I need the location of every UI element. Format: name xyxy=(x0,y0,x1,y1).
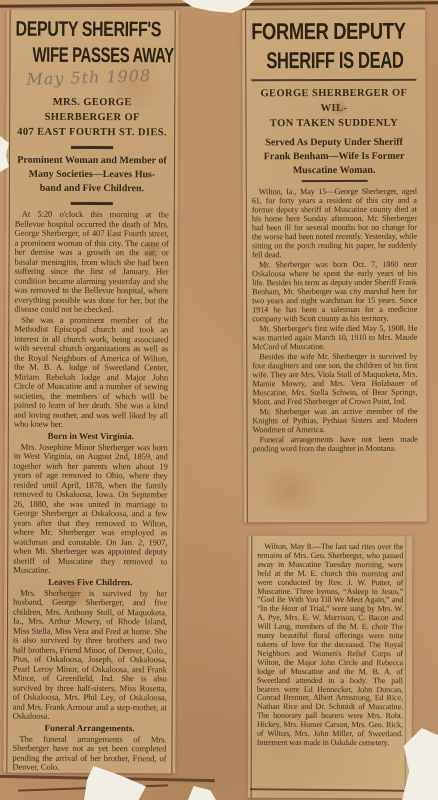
right-deck-line2: Frank Benham—Wife Is Former xyxy=(252,150,417,165)
right-clipping: FORMER DEPUTY SHERIFF IS DEAD GEORGE SHE… xyxy=(242,8,427,523)
funeral-clipping: Wilton, May 8.—The last sad rites over t… xyxy=(248,536,413,798)
section-subhead-funeral: Funeral Arrangements. xyxy=(13,722,167,734)
body-paragraph: Funeral arrangements have not been made … xyxy=(253,435,418,454)
right-headline-line2: SHERIFF IS DEAD xyxy=(266,46,374,75)
left-subhead-line1: MRS. GEORGE SHERBERGER OF xyxy=(15,95,169,126)
left-subhead-line2: 407 EAST FOURTH ST. DIES. xyxy=(15,125,169,141)
section-subhead-born: Born in West Virginia. xyxy=(14,430,168,442)
body-paragraph: She was a prominent member of the Method… xyxy=(14,315,168,430)
body-paragraph: At 5:20 o'clock this morning at the Bell… xyxy=(14,210,168,315)
handwritten-date: May 5th 1908 xyxy=(26,66,151,89)
scrapbook-page: DEPUTY SHERIFF'S WIFE PASSES AWAY May 5t… xyxy=(0,0,438,800)
right-subhead-line2: TON TAKEN SUDDENLY xyxy=(251,116,416,132)
left-headline-line2: WIFE PASSES AWAY xyxy=(32,43,129,69)
left-clipping: DEPUTY SHERIFF'S WIFE PASSES AWAY May 5t… xyxy=(3,10,178,774)
left-headline-line1: DEPUTY SHERIFF'S xyxy=(16,17,133,44)
body-paragraph: Mr. Sherberger's first wife died May 5, … xyxy=(252,324,417,352)
deck-underline xyxy=(301,180,367,182)
body-paragraph: Mr. Sherberger was born Oct. 7, 1860 nea… xyxy=(252,260,417,324)
funeral-article-body: Wilton, May 8.—The last sad rites over t… xyxy=(257,543,404,748)
body-paragraph: The funeral arrangements of Mrs. Sherber… xyxy=(12,734,166,773)
left-deck-line1: Prominent Woman and Member of xyxy=(15,154,169,169)
left-deck-line2: Many Societies—Leaves Hus- xyxy=(15,168,169,183)
body-paragraph: Besides the wife Mr. Sherberger is survi… xyxy=(252,352,417,407)
divider-bar xyxy=(71,202,113,205)
right-subhead-line1: GEORGE SHERBERGER OF WIL- xyxy=(251,86,416,117)
headline-rule xyxy=(251,79,416,82)
section-subhead-children: Leaves Five Children. xyxy=(13,576,167,588)
body-paragraph: Mrs. Sherberger is survived by her husba… xyxy=(13,588,168,722)
right-article-body: Wilton, Ia., May 15—George Sherberger, a… xyxy=(252,187,418,454)
body-paragraph: Mr. Sherberger was an active member of t… xyxy=(252,407,417,435)
body-paragraph: Wilton, Ia., May 15—George Sherberger, a… xyxy=(252,187,417,260)
right-headline-line1: FORMER DEPUTY xyxy=(251,17,383,46)
divider-bar xyxy=(71,146,113,149)
body-paragraph: Mrs. Josephine Minor Sherberger was born… xyxy=(13,442,168,576)
body-paragraph: Wilton, May 8.—The last sad rites over t… xyxy=(257,543,404,748)
right-deck-line1: Served As Deputy Under Sheriff xyxy=(252,136,417,151)
left-deck-line3: band and Five Children. xyxy=(15,182,169,197)
tear-patch-bottom-mid xyxy=(188,786,216,800)
right-deck-line3: Muscatine Woman. xyxy=(252,164,417,179)
left-article-body: At 5:20 o'clock this morning at the Bell… xyxy=(12,210,168,773)
